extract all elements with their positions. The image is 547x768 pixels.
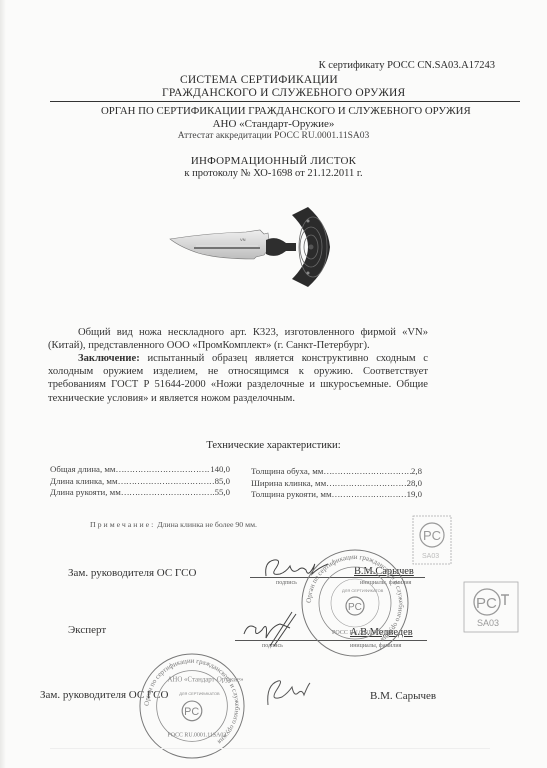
- signature-line: [235, 640, 427, 641]
- document-title: ИНФОРМАЦИОННЫЙ ЛИСТОК: [0, 155, 547, 167]
- spec-row: Ширина клинка, мм28,0: [251, 478, 422, 490]
- signatory-name-2: А.В.Медведев: [350, 627, 413, 638]
- protocol-reference: к протоколу № ХО-1698 от 21.12.2011 г.: [0, 168, 547, 179]
- svg-text:SA03: SA03: [477, 618, 499, 628]
- svg-text:ДЛЯ СЕРТИФИКАТОВ: ДЛЯ СЕРТИФИКАТОВ: [342, 588, 384, 593]
- organization-stamp: Орган по сертификации гражданского и слу…: [300, 548, 410, 658]
- scan-artifact-line: [50, 748, 490, 749]
- knife-illustration: VN: [168, 197, 378, 297]
- signature-line: [250, 577, 425, 578]
- note: Примечание: Длина клинка не более 90 мм.: [90, 520, 257, 529]
- certification-organ: ОРГАН ПО СЕРТИФИКАЦИИ ГРАЖДАНСКОГО И СЛУ…: [101, 105, 471, 117]
- signatory-role-2: Эксперт: [68, 624, 106, 636]
- name-caption: инициалы, фамилия: [360, 580, 411, 586]
- accreditation-number: Аттестат аккредитации РОСС RU.0001.11SA0…: [0, 131, 547, 141]
- general-view-description: Общий вид ножа нескладного арт. К323, из…: [48, 326, 428, 352]
- spec-row: Толщина обуха, мм2,8: [251, 466, 422, 478]
- handwritten-signature: [262, 675, 312, 709]
- signatory-name-3: В.М. Сарычев: [370, 690, 436, 702]
- system-title-line2: ГРАЖДАНСКОГО И СЛУЖЕБНОГО ОРУЖИЯ: [162, 87, 405, 99]
- signature-caption: подпись: [262, 643, 283, 649]
- svg-text:PC: PC: [423, 528, 441, 543]
- system-title-line1: СИСТЕМА СЕРТИФИКАЦИИ: [180, 74, 338, 86]
- signature-caption: подпись: [276, 580, 297, 586]
- spec-row: Общая длина, мм140,0: [50, 464, 230, 476]
- rc-certification-mark-icon: PC SA03: [463, 581, 519, 633]
- header-divider: [50, 101, 520, 102]
- svg-text:PC: PC: [476, 595, 497, 612]
- handwritten-signature: [262, 556, 332, 582]
- organization-name: АНО «Стандарт-Оружие»: [0, 118, 547, 130]
- svg-text:SA03: SA03: [422, 553, 439, 560]
- spec-row: Длина рукояти, мм55,0: [50, 487, 230, 499]
- signatory-role-1: Зам. руководителя ОС ГСО: [68, 567, 196, 579]
- name-caption: инициалы, фамилия: [350, 643, 401, 649]
- svg-text:VN: VN: [240, 237, 246, 242]
- note-label: Примечание:: [90, 520, 155, 529]
- certificate-reference: К сертификату РОСС CN.SA03.A17243: [319, 60, 495, 71]
- spec-row: Толщина рукояти, мм19,0: [251, 489, 422, 501]
- svg-text:ДЛЯ СЕРТИФИКАТОВ: ДЛЯ СЕРТИФИКАТОВ: [179, 691, 220, 696]
- specs-right-column: Толщина обуха, мм2,8 Ширина клинка, мм28…: [251, 466, 422, 501]
- conclusion-label: Заключение:: [78, 353, 140, 364]
- spec-row: Длина клинка, мм85,0: [50, 476, 230, 488]
- svg-text:РОСС RU.0001.11SA03: РОСС RU.0001.11SA03: [167, 732, 226, 738]
- rc-certification-mark-icon: PC SA03: [412, 515, 452, 565]
- signatory-role-3: Зам. руководителя ОС ГСО: [40, 689, 168, 701]
- note-text: Длина клинка не более 90 мм.: [155, 520, 257, 529]
- handwritten-signature: [240, 608, 300, 648]
- svg-text:PC: PC: [348, 602, 362, 613]
- svg-text:АНО «Стандарт-Оружие»: АНО «Стандарт-Оружие»: [167, 676, 244, 683]
- signatory-name-1: В.М.Сарычев: [354, 566, 414, 577]
- svg-text:PC: PC: [184, 706, 199, 718]
- scan-edge: [0, 0, 6, 768]
- specs-left-column: Общая длина, мм140,0 Длина клинка, мм85,…: [50, 464, 230, 499]
- specs-title: Технические характеристики:: [0, 440, 547, 451]
- organization-stamp: Орган по сертификации гражданского и слу…: [138, 652, 246, 760]
- svg-text:Орган по сертификации гражданс: Орган по сертификации гражданского и слу…: [144, 658, 240, 746]
- conclusion-paragraph: Заключение: испытанный образец является …: [48, 352, 428, 405]
